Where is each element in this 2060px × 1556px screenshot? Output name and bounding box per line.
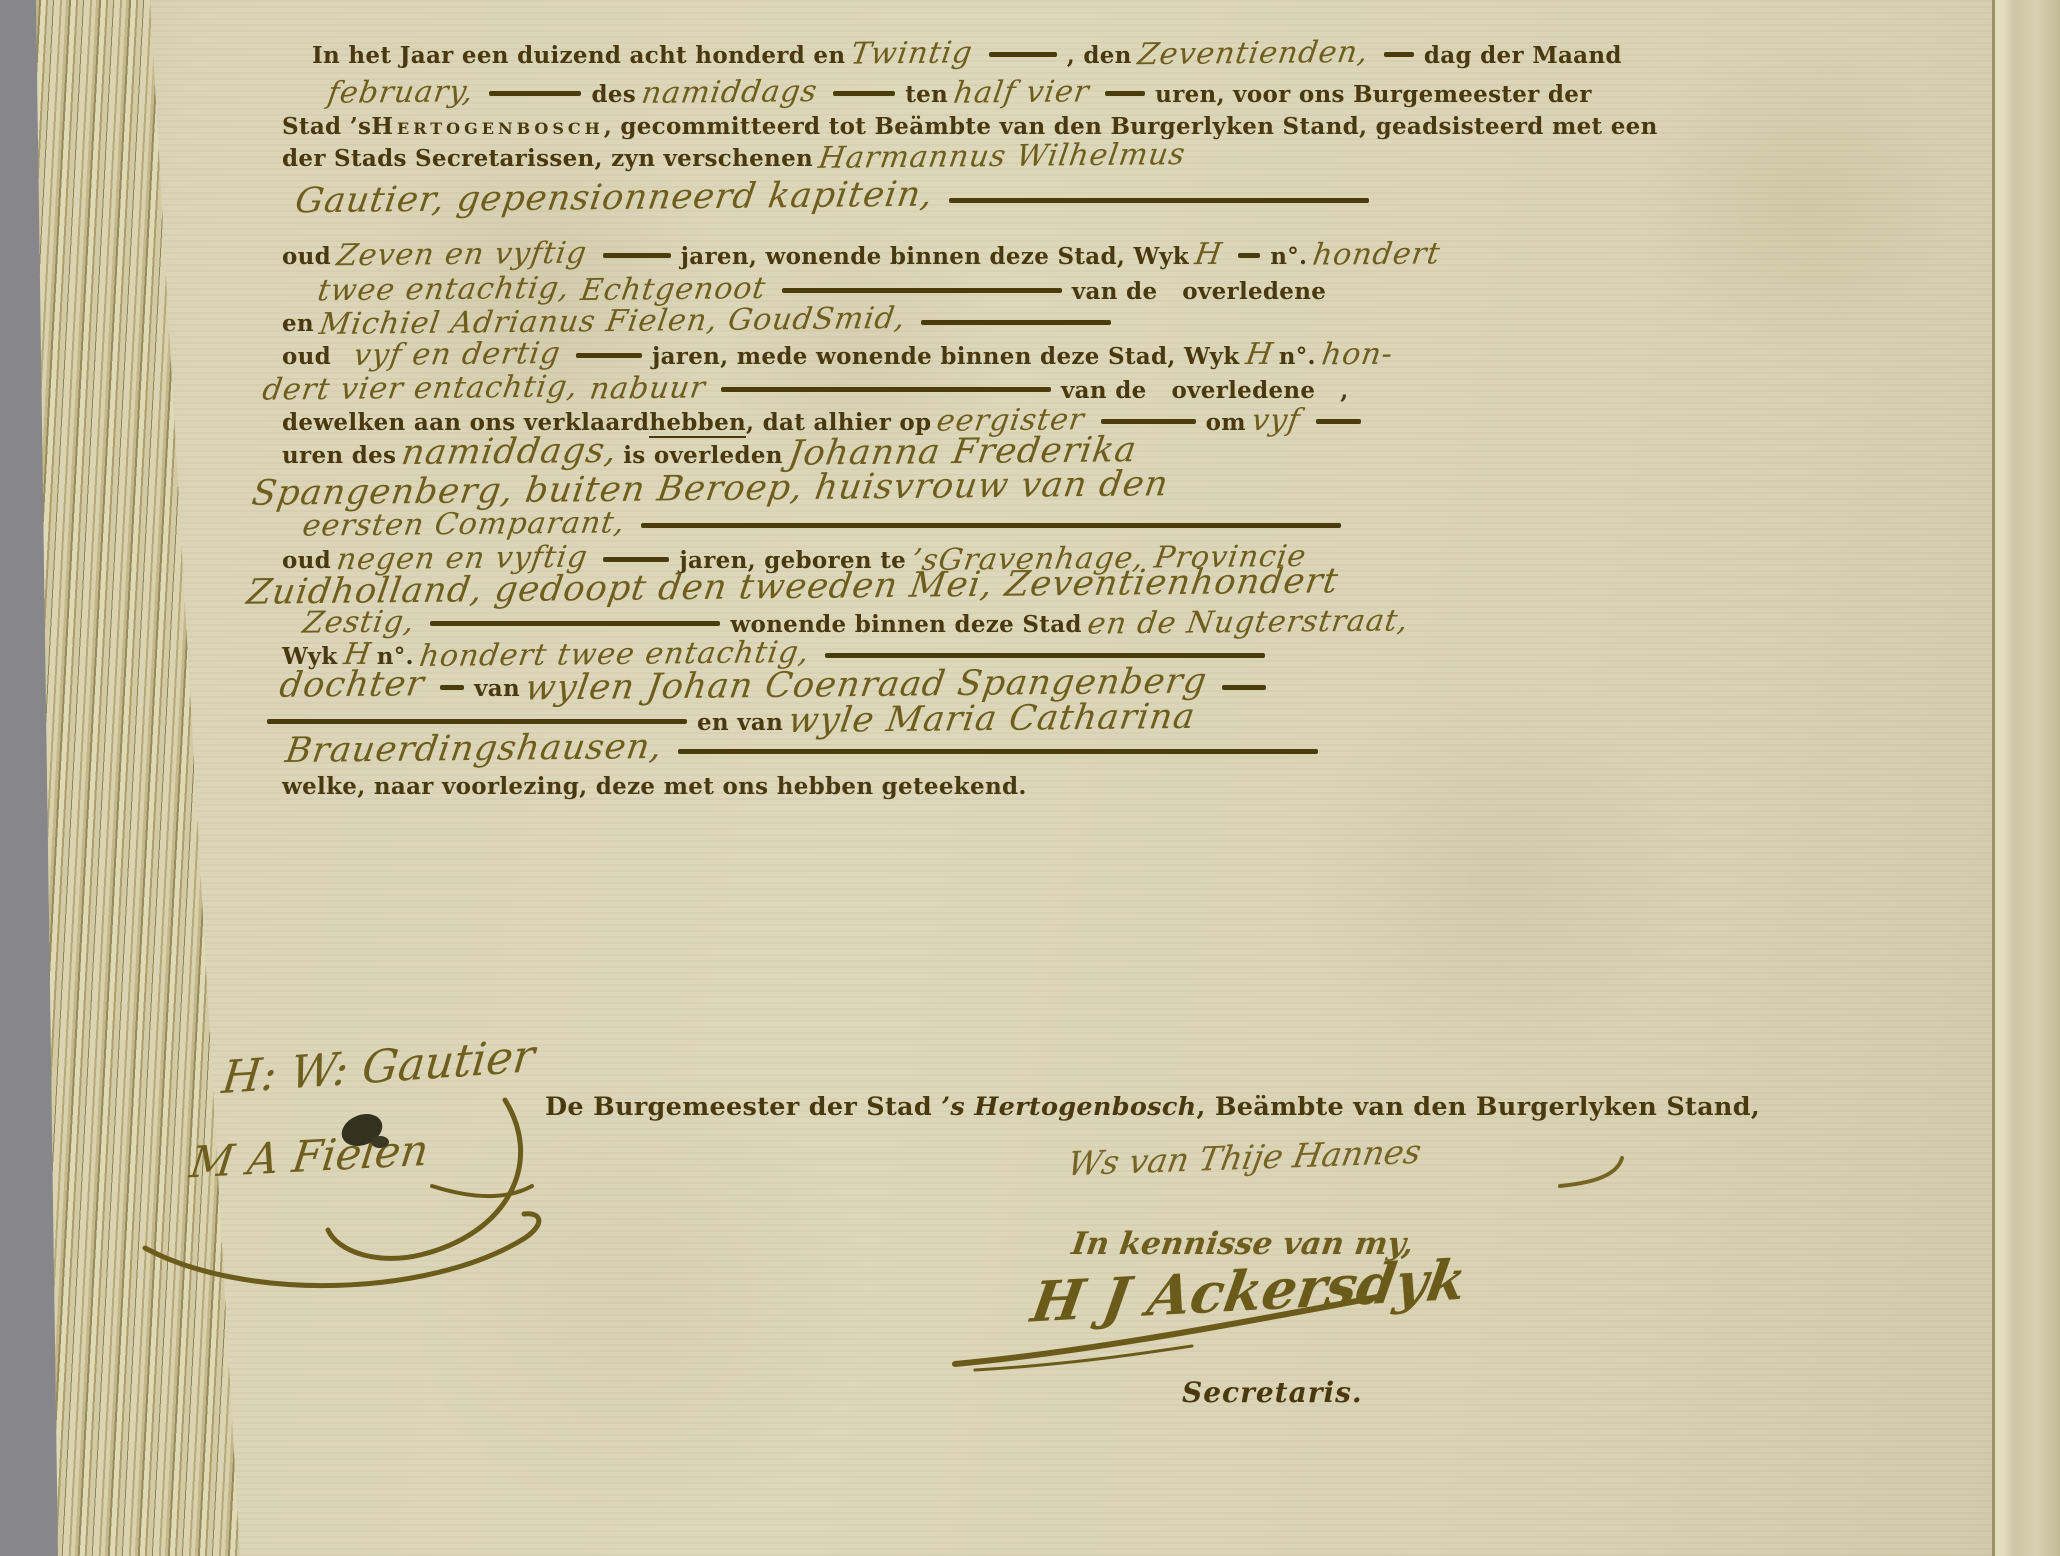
printed-text: n°. — [1279, 343, 1316, 370]
blank-rule — [440, 685, 464, 690]
printed-text: welke, naar voorlezing, deze met ons heb… — [282, 773, 1027, 800]
handwritten-text: dochter — [278, 674, 425, 696]
handwritten-text: Spangenberg, buiten Beroep, huisvrouw va… — [251, 474, 1170, 504]
blank-rule — [782, 288, 1062, 293]
blank-rule — [430, 621, 720, 626]
printed-text: van de overledene — [1072, 278, 1326, 305]
handwritten-text: dert vier entachtig, — [261, 377, 579, 400]
printed-text: uren des — [282, 442, 396, 469]
handwritten-text: en de Nugterstraat, — [1086, 611, 1410, 634]
handwritten-text: nabuur — [588, 378, 707, 399]
printed-text: om — [1206, 409, 1246, 436]
printed-text: Stad ’s — [282, 113, 371, 140]
blank-rule — [267, 719, 687, 724]
printed-text: des — [591, 81, 636, 108]
handwritten-text: vyf en dertig — [352, 344, 562, 366]
document-line: Gautier, gepensionneerd kapitein, — [290, 188, 1792, 220]
blank-rule — [1222, 685, 1266, 690]
printed-text: n°. — [1270, 243, 1307, 270]
handwritten-text: Michiel Adrianus Fielen, GoudSmid, — [318, 309, 907, 335]
printed-text: oud — [282, 547, 331, 574]
printed-text: der Stads Secretarissen, zyn verschenen — [282, 145, 813, 172]
document-line: Zestig,wonende binnen deze Staden de Nug… — [297, 609, 1792, 641]
document-line: welke, naar voorlezing, deze met ons heb… — [282, 771, 1792, 803]
handwritten-text: Echtgenoot — [580, 279, 768, 301]
blank-rule — [921, 320, 1111, 325]
document-line: february,desnamiddagstenhalf vieruren, v… — [322, 79, 1792, 111]
handwritten-text: eersten Comparant, — [301, 513, 626, 536]
printed-text: uren, voor ons Burgemeester der — [1155, 81, 1591, 108]
printed-text: oud — [282, 243, 331, 270]
blank-rule — [576, 353, 642, 358]
printed-text: , gecommitteerd tot Beämbte van den Burg… — [604, 113, 1658, 140]
handwritten-text: hon- — [1320, 345, 1394, 366]
document-line: Zuidholland, gedoopt den tweeden Mei, Ze… — [242, 577, 1792, 609]
handwritten-text: Zeventienden, — [1136, 43, 1369, 65]
handwritten-text: H — [1244, 345, 1274, 365]
blank-rule — [1238, 253, 1260, 258]
printed-text: jaren, mede wonende binnen deze Stad, Wy… — [652, 343, 1240, 370]
document-line: Brauerdingshausen, — [280, 739, 1792, 771]
handwritten-text: namiddags — [640, 82, 818, 104]
document-line: twee entachtig,Echtgenootvan de overlede… — [312, 276, 1792, 308]
blank-rule — [489, 91, 581, 96]
handwritten-text: Harmannus Wilhelmus — [817, 145, 1186, 169]
blank-rule — [678, 749, 1318, 754]
printed-text: hebben — [649, 409, 746, 438]
printed-text: , den — [1067, 42, 1132, 69]
printed-text: wonende binnen deze Stad — [730, 611, 1081, 638]
document-line: oud vyf en dertigjaren, mede wonende bin… — [282, 341, 1792, 373]
handwritten-text: Zuidholland, gedoopt den tweeden Mei, Ze… — [246, 571, 1340, 602]
blank-rule — [1384, 52, 1414, 57]
document-line: enMichiel Adrianus Fielen, GoudSmid, — [282, 308, 1792, 340]
handwritten-text: Twintig — [850, 43, 975, 64]
handwritten-text: Johanna Frederika — [787, 440, 1138, 464]
printed-text: In het Jaar een duizend acht honderd en — [312, 42, 845, 69]
handwritten-text: wylen Johan Coenraad Spangenberg — [524, 671, 1208, 698]
next-page-edge — [1992, 0, 2060, 1556]
handwritten-text: Brauerdingshausen, — [284, 737, 664, 761]
secretaris-label: Secretaris. — [1182, 1376, 1363, 1409]
document-line: oudZeven en vyftigjaren, wonende binnen … — [282, 241, 1792, 273]
handwritten-text: february, — [326, 82, 475, 104]
burgemeester-statement-part3: , Beämbte van den Burgerlyken Stand, — [1197, 1092, 1761, 1122]
handwritten-text: Zeven en vyftig — [335, 244, 588, 267]
document-line: der Stads Secretarissen, zyn verschenenH… — [282, 143, 1792, 175]
handwritten-text: hondert twee entachtig, — [418, 643, 810, 667]
blank-rule — [1105, 91, 1145, 96]
handwritten-text: wyle Maria Catharina — [787, 707, 1196, 731]
handwritten-text: H — [342, 645, 372, 665]
printed-text: van de overledene , — [1061, 377, 1349, 404]
handwritten-text: Zestig, — [301, 612, 416, 633]
printed-text: ten — [905, 81, 948, 108]
blank-rule — [721, 387, 1051, 392]
scanned-death-record: { "colors": { "background": "#87878b", "… — [0, 0, 2060, 1556]
handwritten-text: vyf — [1250, 411, 1301, 432]
blank-rule — [825, 653, 1265, 658]
handwritten-text: half vier — [952, 82, 1090, 103]
blank-rule — [641, 523, 1341, 528]
burgemeester-statement-city: ’s Hertogenbosch — [941, 1092, 1196, 1122]
blank-rule — [833, 91, 895, 96]
printed-text: jaren, wonende binnen deze Stad, Wyk — [681, 243, 1189, 270]
handwritten-text: hondert — [1312, 244, 1442, 265]
printed-text: en van — [697, 709, 783, 736]
printed-text: dag der Maand — [1424, 42, 1622, 69]
blank-rule — [603, 253, 671, 258]
printed-text: en — [282, 310, 314, 337]
handwritten-text: H — [1194, 245, 1224, 265]
handwritten-text: Gautier, gepensionneerd kapitein, — [294, 185, 935, 212]
handwritten-text: namiddags, — [401, 441, 619, 463]
handwritten-text: eergister — [936, 410, 1086, 432]
printed-text: is overleden — [623, 442, 783, 469]
printed-text: oud — [282, 343, 348, 370]
blank-rule — [1101, 419, 1196, 424]
blank-rule — [989, 52, 1057, 57]
burgemeester-statement-part1: De Burgemeester der Stad — [545, 1092, 941, 1122]
record-body-text: In het Jaar een duizend acht honderd enT… — [282, 40, 1792, 803]
blank-rule — [949, 198, 1369, 203]
handwritten-text: negen en vyftig — [335, 548, 589, 571]
printed-text: van — [474, 675, 520, 702]
document-line: In het Jaar een duizend acht honderd enT… — [312, 40, 1792, 72]
printed-text: Hertogenbosch — [371, 113, 603, 140]
blank-rule — [1316, 419, 1361, 424]
burgemeester-statement: De Burgemeester der Stad ’s Hertogenbosc… — [545, 1092, 1760, 1122]
blank-rule — [603, 557, 669, 562]
handwritten-text: twee entachtig, — [316, 279, 571, 302]
